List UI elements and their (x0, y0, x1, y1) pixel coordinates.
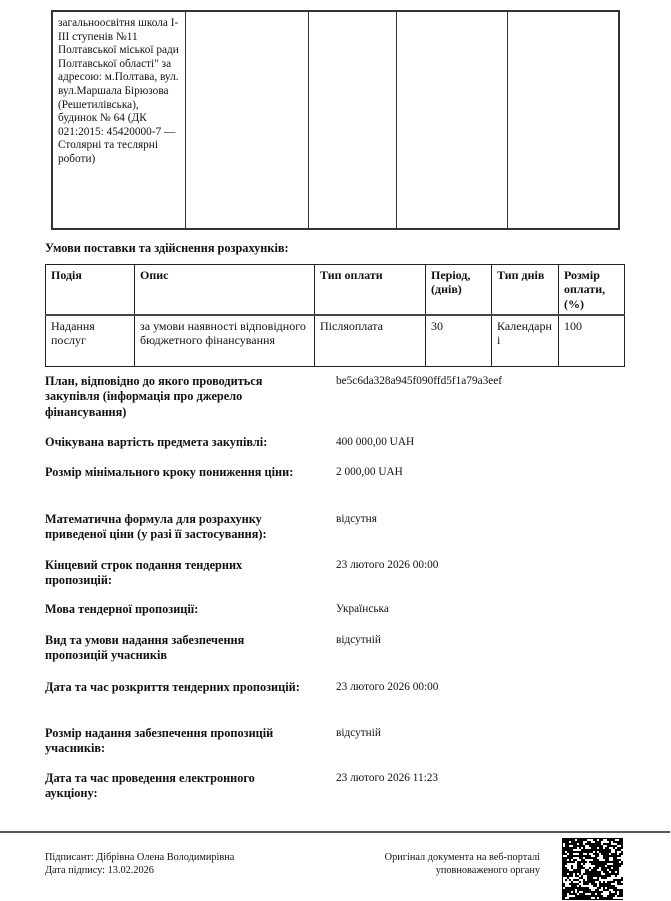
header-payment-type: Тип оплати (315, 265, 426, 315)
header-description: Опис (135, 265, 315, 315)
value-language: Українська (336, 602, 389, 616)
value-auction-date: 23 лютого 2026 11:23 (336, 771, 438, 785)
header-payment-size: Розмір оплати, (%) (559, 265, 625, 315)
value-opening-date: 23 лютого 2026 00:00 (336, 680, 438, 694)
cell-period: 30 (426, 315, 492, 367)
item-description-cell: загальноосвітня школа I-III ступенів №11… (52, 11, 185, 229)
value-formula: відсутня (336, 512, 377, 526)
label-auction-date: Дата та час проведення електронного аукц… (45, 771, 305, 802)
label-expected-cost: Очікувана вартість предмета закупівлі: (45, 435, 305, 450)
label-formula: Математична формула для розрахунку приве… (45, 512, 305, 543)
signature-info: Підписант: Дібрівна Олена Володимирівна … (45, 851, 234, 878)
table-row: Надання послуг за умови наявності відпов… (46, 315, 625, 367)
table-cell (508, 11, 619, 229)
table-cell (185, 11, 308, 229)
value-deadline: 23 лютого 2026 00:00 (336, 558, 438, 572)
value-min-step: 2 000,00 UAH (336, 465, 403, 479)
table-cell (397, 11, 508, 229)
payment-terms-table: Подія Опис Тип оплати Період, (днів) Тип… (45, 264, 625, 367)
label-min-step: Розмір мінімального кроку пониження ціни… (45, 465, 305, 480)
original-note-line-2: уповноваженого органу (340, 864, 540, 877)
label-deadline: Кінцевий строк подання тендерних пропози… (45, 558, 305, 589)
cell-day-type: Календарні (492, 315, 559, 367)
header-day-type: Тип днів (492, 265, 559, 315)
original-note-line-1: Оригінал документа на веб-порталі (340, 851, 540, 864)
table-cell (308, 11, 397, 229)
procurement-items-table: загальноосвітня школа I-III ступенів №11… (51, 10, 620, 230)
signer-name: Підписант: Дібрівна Олена Володимирівна (45, 851, 234, 864)
cell-payment-size: 100 (559, 315, 625, 367)
value-plan: be5c6da328a945f090ffd5f1a79a3eef (336, 374, 502, 388)
footer-divider (0, 831, 670, 833)
original-document-note: Оригінал документа на веб-порталі уповно… (340, 851, 540, 878)
value-security-amount: відсутній (336, 726, 381, 740)
value-security-type: відсутній (336, 633, 381, 647)
label-opening-date: Дата та час розкриття тендерних пропозиц… (45, 680, 305, 695)
table-header-row: Подія Опис Тип оплати Період, (днів) Тип… (46, 265, 625, 315)
header-period: Період, (днів) (426, 265, 492, 315)
label-security-amount: Розмір надання забезпечення пропозицій у… (45, 726, 305, 757)
section-title-terms: Умови поставки та здійснення розрахунків… (45, 241, 289, 256)
label-plan: План, відповідно до якого проводиться за… (45, 374, 305, 420)
cell-event: Надання послуг (46, 315, 135, 367)
qr-code-icon (562, 838, 623, 900)
cell-description: за умови наявності відповідного бюджетно… (135, 315, 315, 367)
header-event: Подія (46, 265, 135, 315)
label-language: Мова тендерної пропозиції: (45, 602, 305, 617)
label-security-type: Вид та умови надання забезпечення пропоз… (45, 633, 305, 664)
signature-date: Дата підпису: 13.02.2026 (45, 864, 234, 877)
cell-payment-type: Післяоплата (315, 315, 426, 367)
value-expected-cost: 400 000,00 UAH (336, 435, 414, 449)
